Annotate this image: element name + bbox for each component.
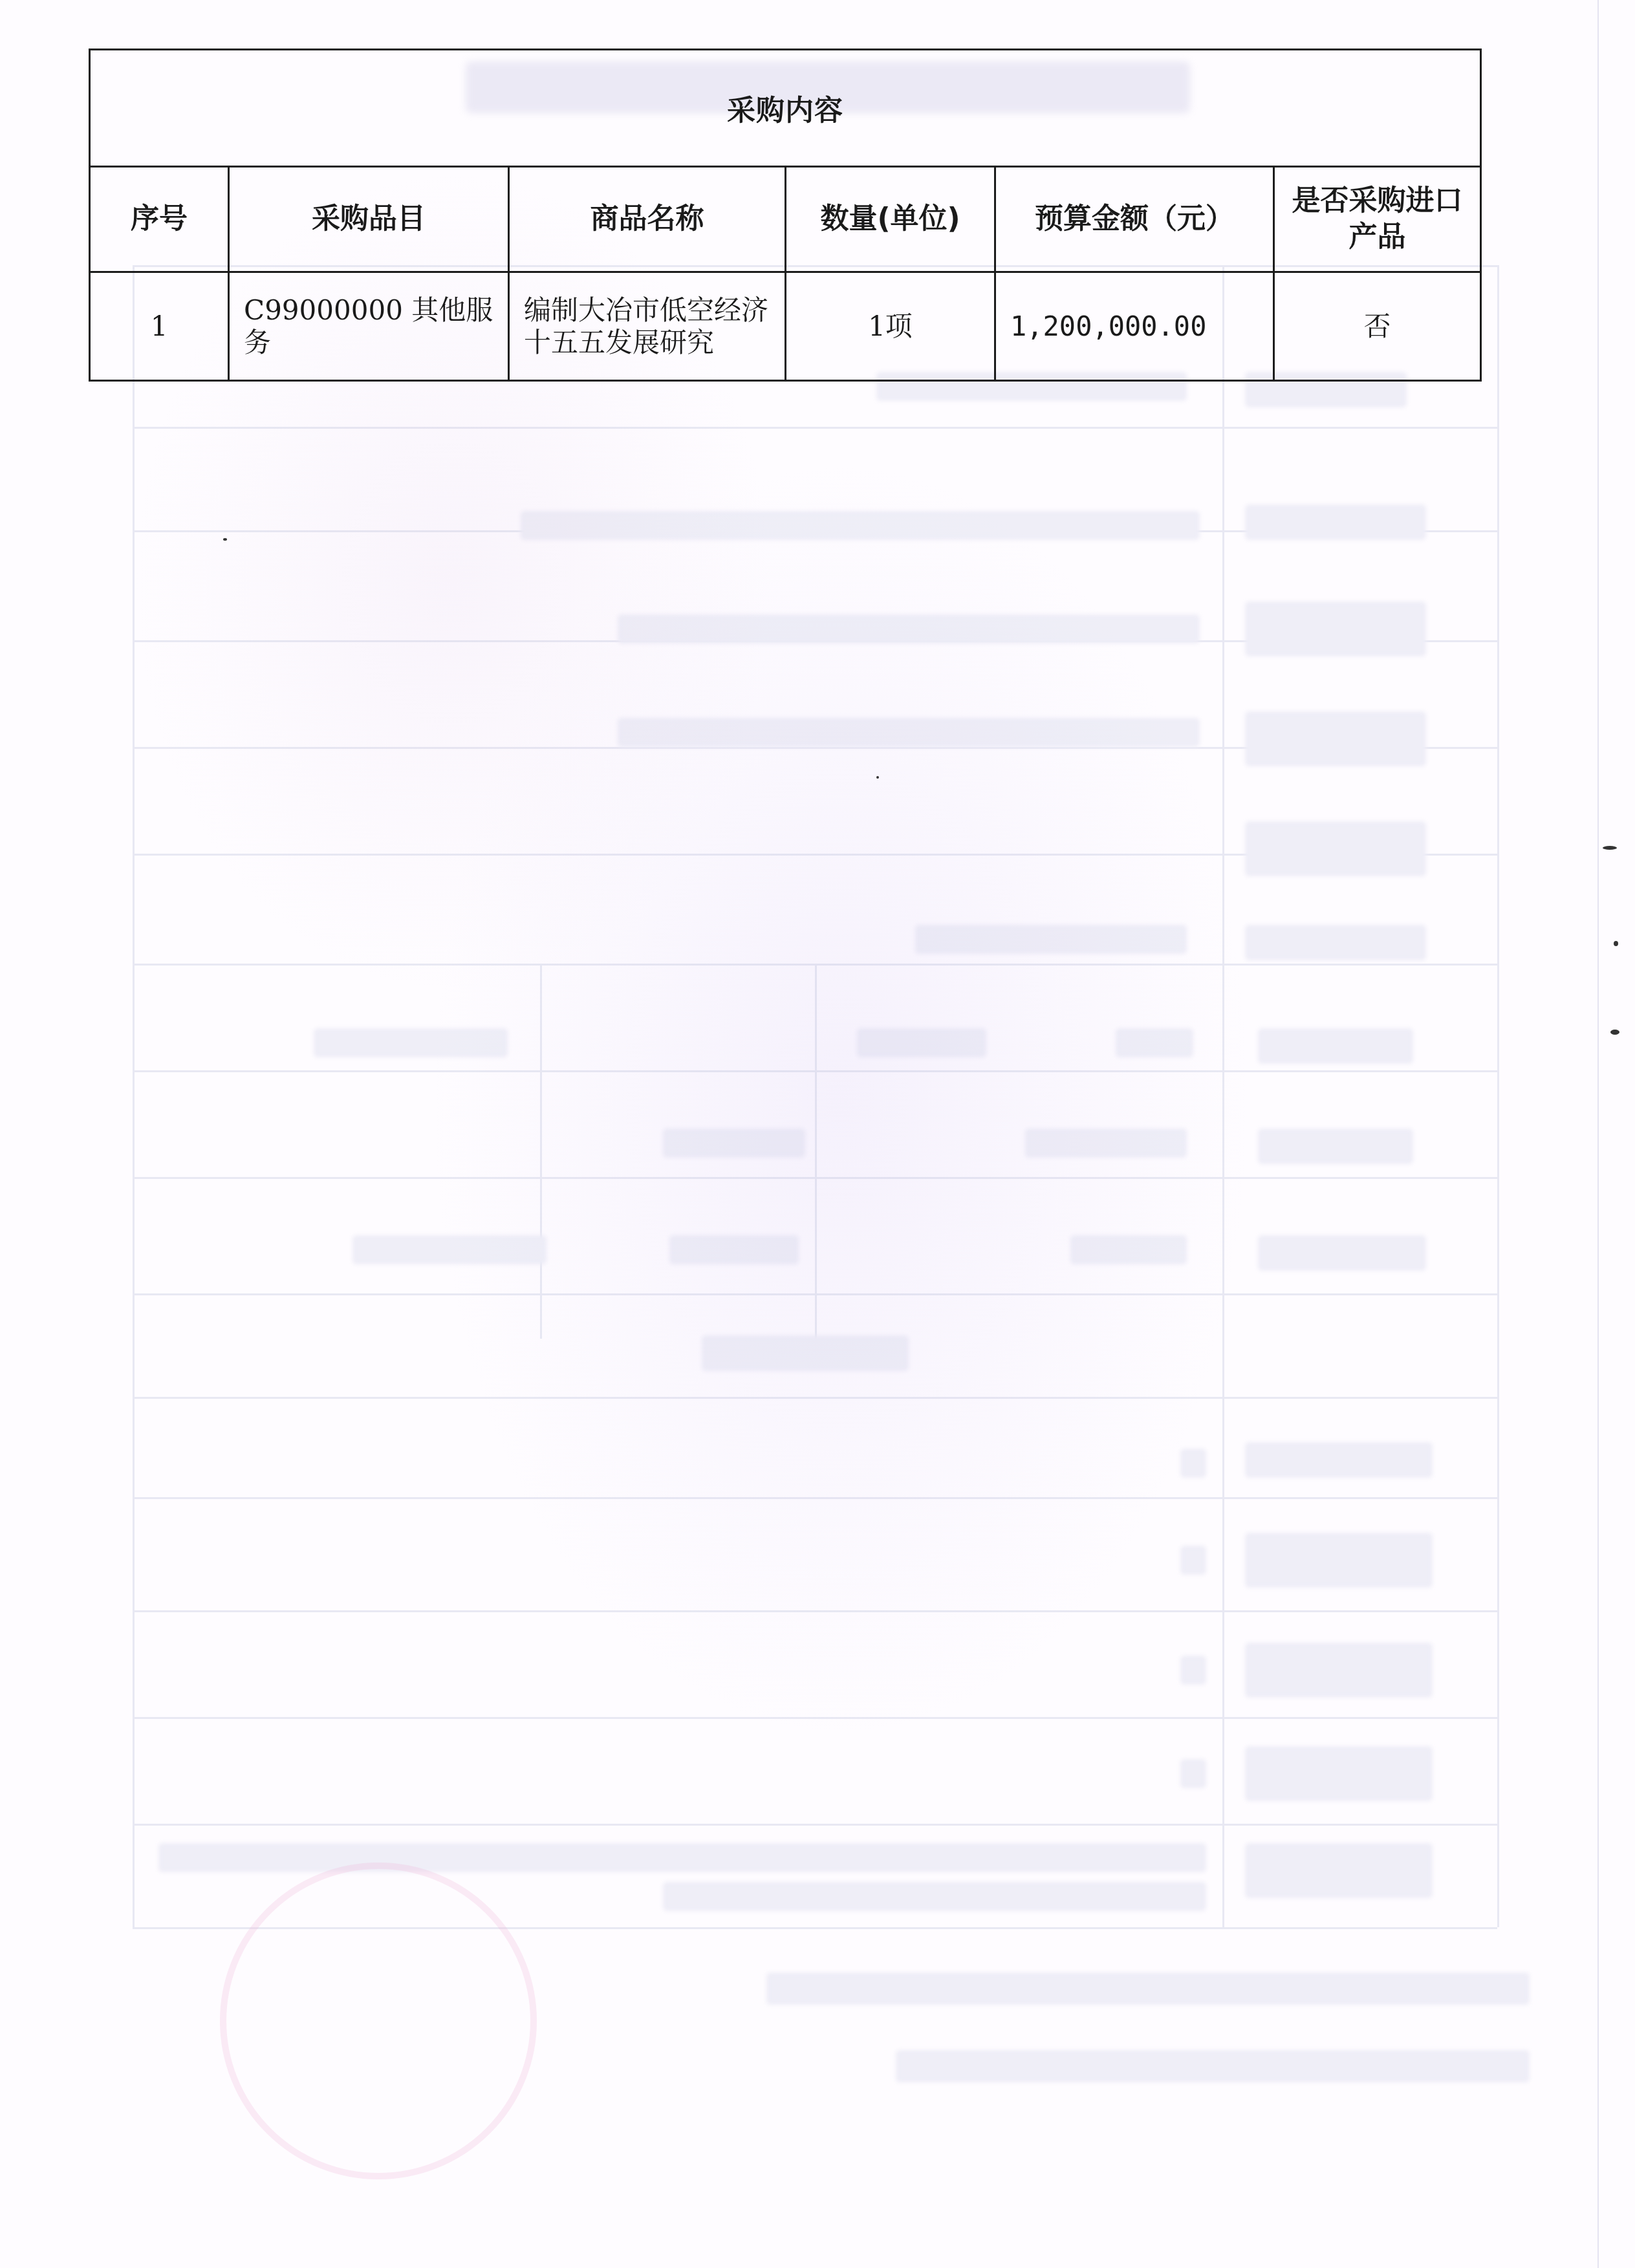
bleed-through-table <box>133 265 1497 1927</box>
cell-index: 1 <box>90 272 229 381</box>
section-title: 采购内容 <box>90 50 1481 167</box>
column-header-imported: 是否采购进口产品 <box>1274 167 1481 272</box>
dust-speck <box>876 776 879 779</box>
cell-budget: 1,200,000.00 <box>995 272 1274 381</box>
column-header-imported-label: 是否采购进口产品 <box>1287 183 1468 255</box>
column-header-quantity: 数量(单位) <box>786 167 995 272</box>
column-header-product-name: 商品名称 <box>509 167 786 272</box>
column-header-index: 序号 <box>90 167 229 272</box>
cell-imported: 否 <box>1274 272 1481 381</box>
bleed-through-seal <box>220 1863 537 2179</box>
dust-speck <box>1610 1030 1619 1035</box>
table-header-row: 序号 采购品目 商品名称 数量(单位) 预算金额（元） 是否采购进口产品 <box>90 167 1481 272</box>
dust-speck <box>1614 941 1618 946</box>
procurement-content-table: 采购内容 序号 采购品目 商品名称 数量(单位) 预算金额（元） 是否采购进口产… <box>89 49 1482 382</box>
scan-edge-line <box>1597 0 1599 2268</box>
cell-category: C99000000 其他服务 <box>229 272 509 381</box>
table-title-row: 采购内容 <box>90 50 1481 167</box>
column-header-budget: 预算金额（元） <box>995 167 1274 272</box>
table-row: 1 C99000000 其他服务 编制大冶市低空经济十五五发展研究 1项 1,2… <box>90 272 1481 381</box>
cell-quantity: 1项 <box>786 272 995 381</box>
column-header-category: 采购品目 <box>229 167 509 272</box>
dust-speck <box>1603 846 1617 850</box>
dust-speck <box>223 538 227 541</box>
cell-product-name: 编制大冶市低空经济十五五发展研究 <box>509 272 786 381</box>
